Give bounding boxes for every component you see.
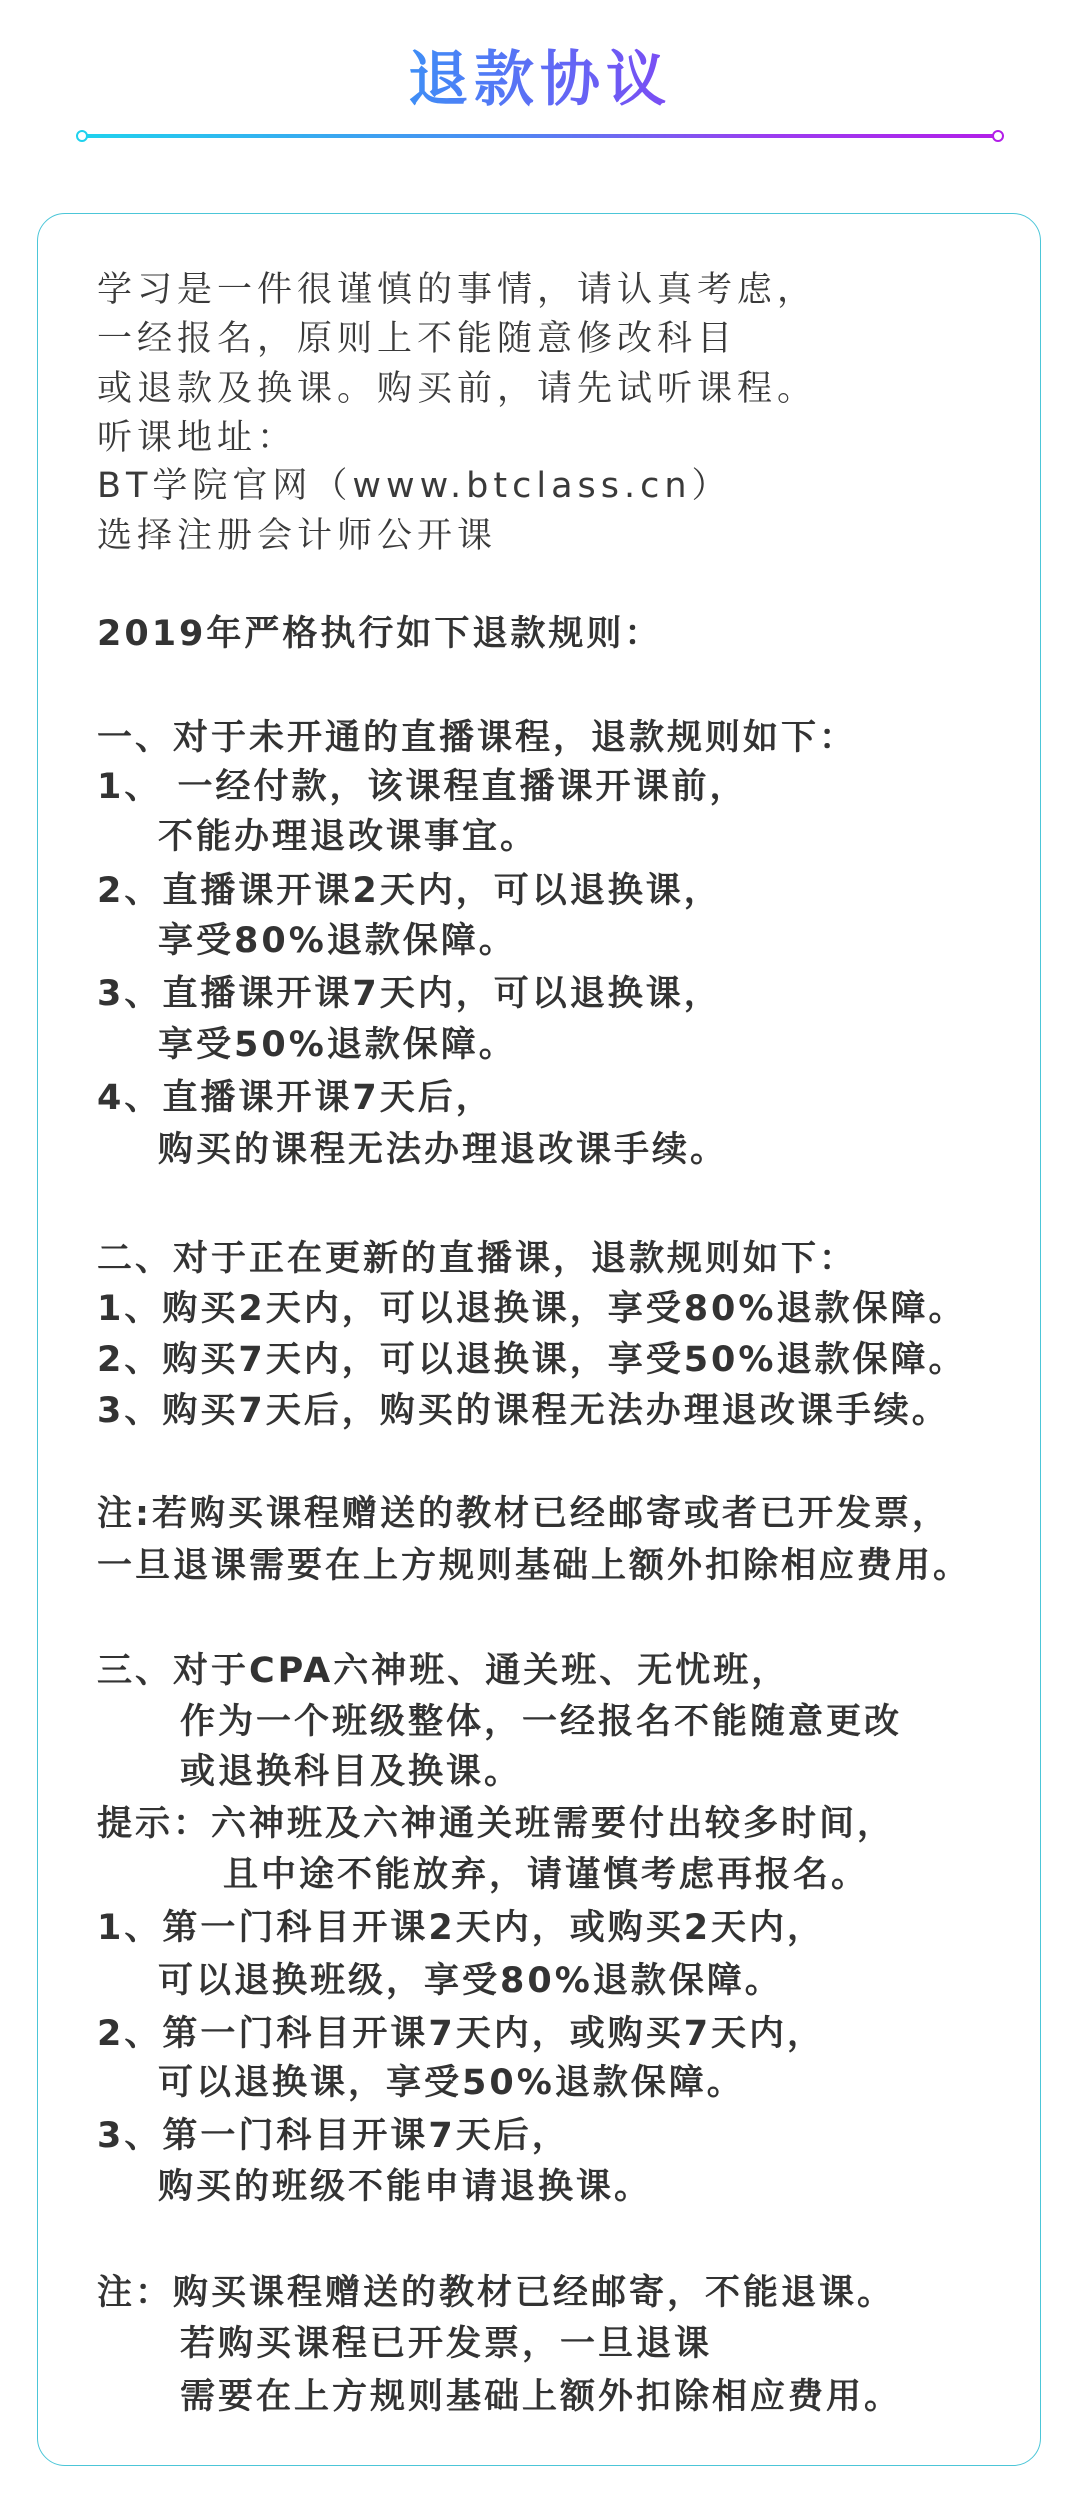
section-3-item-cont: 可以退换班级，享受80%退款保障。 [158, 1959, 783, 2003]
section-1-heading: 一、对于未开通的直播课程，退款规则如下： [97, 716, 857, 760]
title-divider [82, 134, 998, 138]
intro-line: 选择注册会计师公开课 [97, 514, 497, 558]
note-1-line: 注:若购买课程赠送的教材已经邮寄或者已开发票， [97, 1492, 950, 1536]
section-3-tip: 提示：六神班及六神通关班需要付出较多时间， [97, 1802, 895, 1846]
section-1-item-cont: 不能办理退改课事宜。 [158, 815, 538, 859]
section-1-item: 4、直播课开课7天后， [97, 1076, 494, 1120]
section-1-item-cont: 享受80%退款保障。 [158, 919, 517, 963]
section-3-item-cont: 可以退换课，享受50%退款保障。 [158, 2061, 745, 2105]
course-url-line: BT学院官网（www.btclass.cn） [97, 464, 732, 508]
page-title: 退款协议 [0, 40, 1080, 120]
section-3-item: 3、第一门科目开课7天后， [97, 2114, 570, 2158]
section-3-heading-cont: 作为一个班级整体，一经报名不能随意更改 [180, 1700, 902, 1744]
section-1-item-cont: 享受50%退款保障。 [158, 1023, 517, 1067]
section-2-item: 1、购买2天内，可以退换课，享受80%退款保障。 [97, 1287, 966, 1331]
section-1-item: 1、 一经付款，该课程直播课开课前， [97, 765, 748, 809]
section-3-item: 2、第一门科目开课7天内，或购买7天内， [97, 2012, 825, 2056]
section-3-heading: 三、对于CPA六神班、通关班、无忧班， [97, 1649, 789, 1693]
section-3-item-cont: 购买的班级不能申请退换课。 [158, 2165, 652, 2209]
intro-line: 学习是一件很谨慎的事情，请认真考虑， [97, 268, 817, 312]
note-2-line: 注：购买课程赠送的教材已经邮寄，不能退课。 [97, 2271, 895, 2315]
note-2-line-cont: 需要在上方规则基础上额外扣除相应费用。 [180, 2375, 902, 2419]
section-3-tip-cont: 且中途不能放弃，请谨慎考虑再报名。 [223, 1853, 869, 1897]
section-1-item-cont: 购买的课程无法办理退改课手续。 [158, 1128, 728, 1172]
intro-line: 或退款及换课。购买前，请先试听课程。 [97, 367, 817, 411]
section-1-item: 2、直播课开课2天内，可以退换课， [97, 869, 722, 913]
intro-line: 听课地址： [97, 416, 297, 460]
rules-heading: 2019年严格执行如下退款规则： [97, 612, 662, 656]
section-3-item: 1、第一门科目开课2天内，或购买2天内， [97, 1906, 825, 1950]
divider-right-dot-icon [992, 130, 1004, 142]
divider-left-dot-icon [76, 130, 88, 142]
intro-line: 一经报名，原则上不能随意修改科目 [97, 317, 737, 361]
section-1-item: 3、直播课开课7天内，可以退换课， [97, 972, 722, 1016]
section-3-heading-cont: 或退换科目及换课。 [180, 1750, 522, 1794]
section-2-item: 3、购买7天后，购买的课程无法办理退改课手续。 [97, 1389, 950, 1433]
note-1-line: 一旦退课需要在上方规则基础上额外扣除相应费用。 [97, 1544, 971, 1588]
section-2-heading: 二、对于正在更新的直播课，退款规则如下： [97, 1237, 857, 1281]
note-2-line-cont: 若购买课程已开发票，一旦退课 [180, 2322, 712, 2366]
section-2-item: 2、购买7天内，可以退换课，享受50%退款保障。 [97, 1338, 966, 1382]
